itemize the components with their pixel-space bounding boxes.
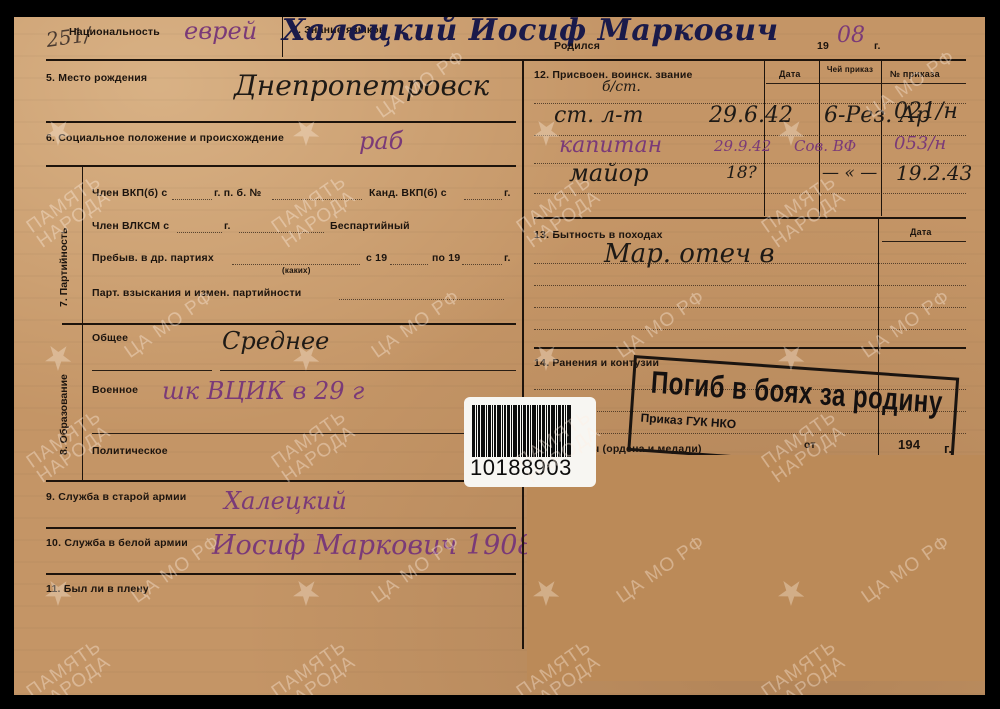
divider bbox=[46, 59, 966, 61]
party-row-1-part-1: г. п. б. № bbox=[214, 187, 261, 199]
divider bbox=[534, 217, 966, 219]
party-row-1-part-2: Канд. ВКП(б) с bbox=[369, 187, 447, 199]
rank-order-by: — « — bbox=[822, 163, 877, 183]
party-row-2-part-1: г. bbox=[224, 220, 231, 232]
barcode-sticker: 10188903 bbox=[464, 397, 596, 487]
born-year-suffix: г. bbox=[874, 40, 881, 52]
divider bbox=[534, 347, 966, 349]
stamp-subtitle: Приказ ГУК НКО bbox=[640, 411, 736, 432]
party-row-2-label: Член ВЛКСМ с bbox=[92, 220, 169, 232]
rank-date: 29.9.42 bbox=[714, 137, 771, 155]
old-army-label: 9. Служба в старой армии bbox=[46, 491, 186, 503]
rank-name: ст. л-т bbox=[554, 103, 643, 128]
blank-line bbox=[339, 299, 504, 300]
party-row-3-year: г. bbox=[504, 252, 511, 264]
barcode-number: 10188903 bbox=[470, 455, 572, 481]
party-row-3-from: с 19 bbox=[366, 252, 387, 264]
old-army-value: Халецкий bbox=[224, 487, 347, 515]
blank-line bbox=[232, 264, 360, 265]
social-value: раб bbox=[359, 127, 403, 155]
blank-line bbox=[534, 329, 966, 330]
party-row-3-hint: (каких) bbox=[282, 266, 311, 275]
watermark-project: ПАМЯТЬ НАРОДА bbox=[24, 388, 143, 486]
social-label: 6. Социальное положение и происхождение bbox=[46, 132, 284, 144]
blank-line bbox=[464, 199, 502, 200]
party-row-1-part-3: г. bbox=[504, 187, 511, 199]
divider bbox=[46, 573, 516, 575]
nationality-value: еврей bbox=[184, 17, 257, 45]
barcode-icon bbox=[472, 405, 588, 457]
full-name: Халецкий Иосиф Маркович bbox=[282, 17, 779, 48]
campaigns-value: Мар. отеч в bbox=[604, 239, 775, 269]
rank-date: 29.6.42 bbox=[709, 103, 793, 128]
divider bbox=[62, 323, 516, 325]
blank-line bbox=[534, 263, 966, 264]
education-general-label: Общее bbox=[92, 332, 128, 344]
divider bbox=[92, 370, 212, 371]
born-year-value: 08 bbox=[837, 23, 865, 48]
column-divider bbox=[522, 59, 524, 649]
blank-line bbox=[239, 232, 324, 233]
education-military-label: Военное bbox=[92, 384, 138, 396]
ranks-col-date: Дата bbox=[779, 69, 801, 79]
rank-name: капитан bbox=[559, 133, 662, 158]
service-record-card: 251/ Национальность еврей 4. Знание язык… bbox=[14, 17, 985, 695]
watermark-project: ПАМЯТЬ НАРОДА bbox=[24, 153, 143, 251]
party-row-3-to: по 19 bbox=[432, 252, 460, 264]
education-section-label: 8. Образование bbox=[58, 374, 70, 455]
education-military-value: шк ВЦИК в 29 г bbox=[162, 377, 364, 405]
party-row-2-part-2: Беспартийный bbox=[330, 220, 410, 232]
divider bbox=[46, 165, 516, 167]
watermark-project: ПАМЯТЬ НАРОДА bbox=[269, 618, 388, 695]
birthplace-label: 5. Место рождения bbox=[46, 72, 147, 84]
blank-line bbox=[390, 264, 428, 265]
ranks-note: б/ст. bbox=[602, 79, 641, 95]
rank-order-by: Сов. ВФ bbox=[794, 137, 856, 155]
divider bbox=[82, 325, 83, 480]
blank-line bbox=[272, 199, 362, 200]
rank-name: майор bbox=[569, 159, 648, 187]
blank-line bbox=[534, 285, 966, 286]
born-label: Родился bbox=[554, 40, 600, 52]
watermark-archive: ЦА МО РФ bbox=[614, 288, 709, 362]
ranks-col-by: Чей приказ bbox=[822, 65, 878, 74]
blank-line bbox=[462, 264, 502, 265]
star-icon: ★ bbox=[284, 110, 328, 155]
divider bbox=[766, 83, 966, 84]
party-row-3-label: Пребыв. в др. партиях bbox=[92, 252, 214, 264]
rank-order-number: 053/н bbox=[894, 133, 946, 154]
nationality-label: Национальность bbox=[69, 26, 160, 38]
blank-line bbox=[534, 193, 966, 194]
party-section-label: 7. Партийность bbox=[58, 228, 70, 307]
divider bbox=[82, 167, 83, 325]
rank-order-number: 19.2.43 bbox=[896, 161, 972, 185]
education-general-value: Среднее bbox=[222, 327, 329, 355]
rank-date: 18? bbox=[726, 163, 757, 183]
divider bbox=[46, 527, 516, 529]
blank-line bbox=[172, 199, 212, 200]
watermark-archive: ЦА МО РФ bbox=[859, 288, 954, 362]
divider bbox=[220, 370, 516, 371]
captivity-label: 11. Был ли в плену bbox=[46, 583, 149, 595]
divider bbox=[46, 121, 516, 123]
star-icon: ★ bbox=[284, 570, 328, 615]
party-row-4-label: Парт. взыскания и измен. партийности bbox=[92, 287, 301, 299]
watermark-project: ПАМЯТЬ НАРОДА bbox=[269, 153, 388, 251]
campaigns-date-header: Дата bbox=[910, 227, 932, 237]
blank-line bbox=[177, 232, 222, 233]
white-army-value: Иосиф Маркович 1908 bbox=[212, 530, 535, 561]
party-row-1-label: Член ВКП(б) с bbox=[92, 187, 167, 199]
redacted-area bbox=[527, 455, 985, 681]
education-political-label: Политическое bbox=[92, 445, 168, 457]
white-army-label: 10. Служба в белой армии bbox=[46, 537, 188, 549]
blank-line bbox=[534, 307, 966, 308]
ranks-col-order: № приказа bbox=[890, 69, 940, 79]
rank-order-number: 021/н bbox=[894, 99, 958, 124]
born-year-prefix: 19 bbox=[817, 40, 829, 52]
divider bbox=[92, 433, 516, 434]
divider bbox=[882, 241, 966, 242]
birthplace-value: Днепропетровск bbox=[234, 69, 489, 102]
watermark-project: ПАМЯТЬ НАРОДА bbox=[24, 618, 143, 695]
divider bbox=[46, 480, 516, 482]
